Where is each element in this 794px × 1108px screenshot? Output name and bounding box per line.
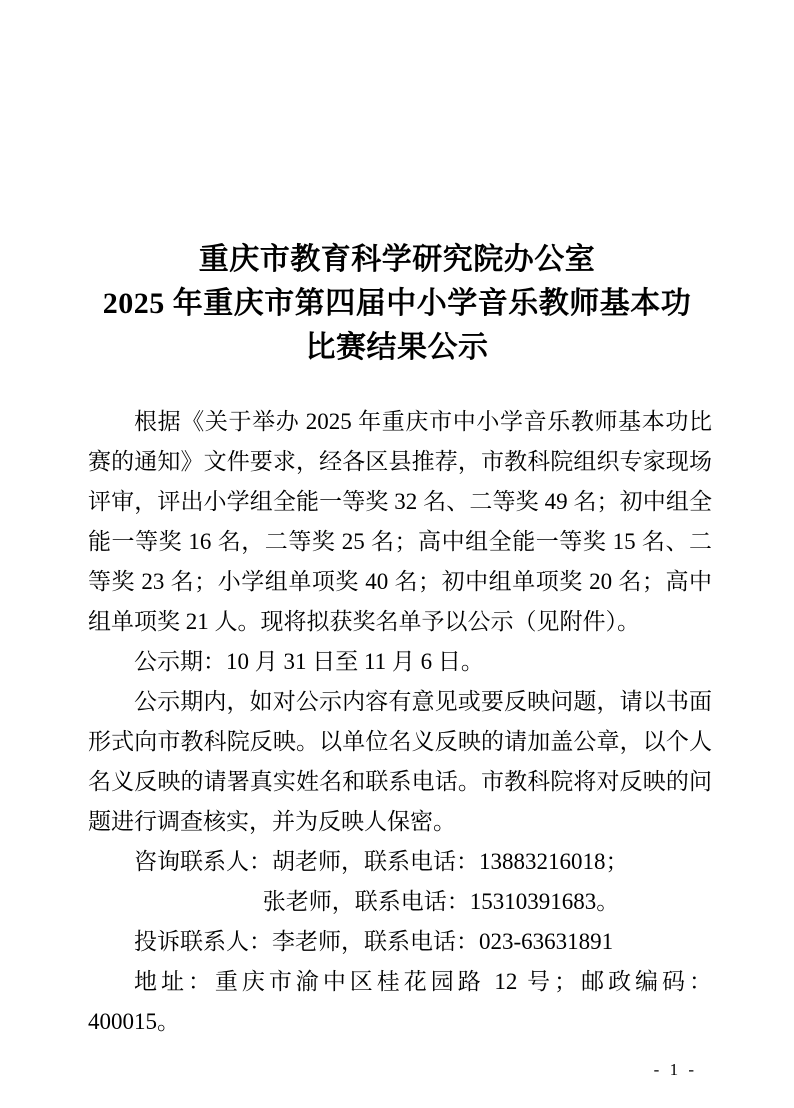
document-title: 重庆市教育科学研究院办公室 2025 年重庆市第四届中小学音乐教师基本功 比赛结… (56, 238, 738, 370)
paragraph-intro: 根据《关于举办 2025 年重庆市中小学音乐教师基本功比赛的通知》文件要求，经各… (88, 402, 712, 642)
title-line-2: 2025 年重庆市第四届中小学音乐教师基本功 (56, 282, 738, 326)
contact-line-consult-zhang: 张老师，联系电话：15310391683。 (88, 882, 712, 922)
contact-line-complaint-li: 投诉联系人：李老师，联系电话：023-63631891 (88, 922, 712, 962)
title-line-3: 比赛结果公示 (56, 326, 738, 370)
paragraph-publicity-period: 公示期：10 月 31 日至 11 月 6 日。 (88, 642, 712, 682)
document-body: 根据《关于举办 2025 年重庆市中小学音乐教师基本功比赛的通知》文件要求，经各… (88, 402, 712, 1042)
page-number: - 1 - (654, 1060, 697, 1080)
document-page: 重庆市教育科学研究院办公室 2025 年重庆市第四届中小学音乐教师基本功 比赛结… (0, 0, 794, 1108)
address-line: 地址：重庆市渝中区桂花园路 12 号；邮政编码：400015。 (88, 962, 712, 1042)
title-line-1: 重庆市教育科学研究院办公室 (56, 238, 738, 282)
paragraph-feedback-instructions: 公示期内，如对公示内容有意见或要反映问题，请以书面形式向市教科院反映。以单位名义… (88, 682, 712, 842)
contact-line-consult-hu: 咨询联系人：胡老师，联系电话：13883216018； (88, 842, 712, 882)
